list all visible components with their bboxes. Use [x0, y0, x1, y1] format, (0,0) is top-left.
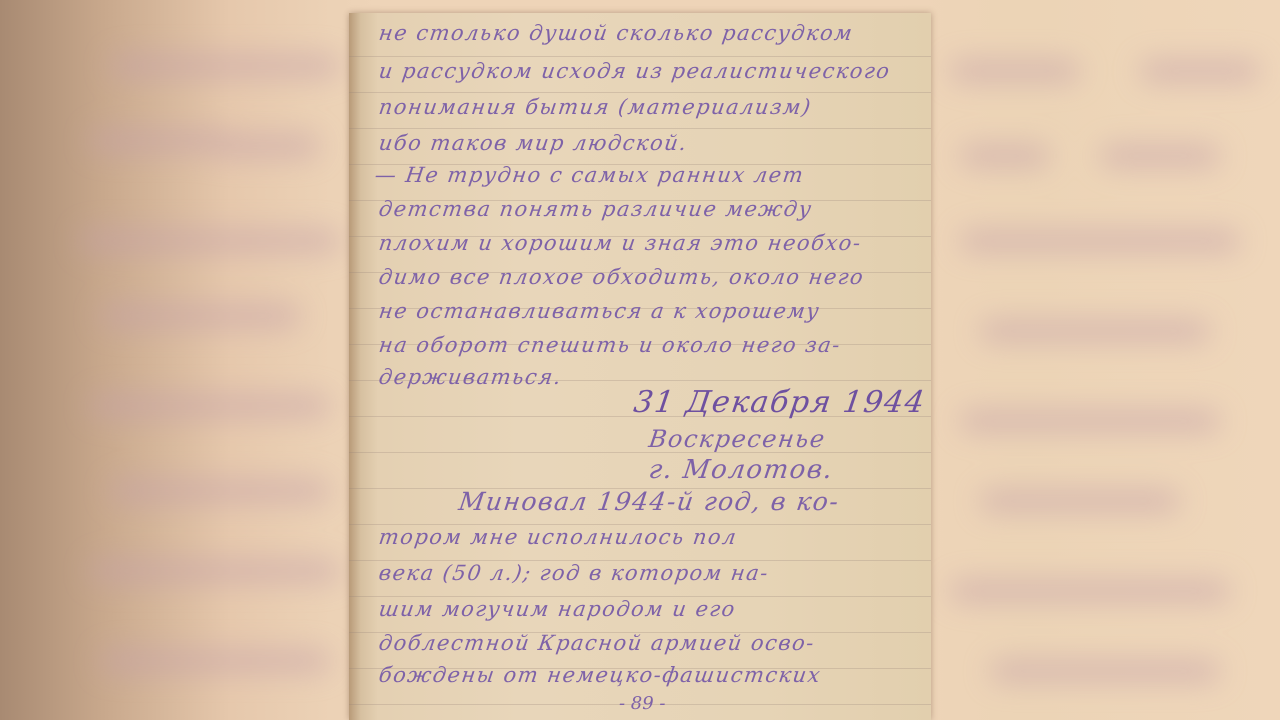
text-line: века (50 л.); год в котором на-: [377, 561, 770, 585]
text-line: не столько душой сколько рассудком: [377, 21, 855, 45]
text-line: детства понять различие между: [377, 197, 814, 221]
diary-page-photo: не столько душой сколько рассудком и рас…: [349, 13, 931, 720]
text-line: шим могучим народом и его: [377, 597, 737, 621]
text-line: плохим и хорошим и зная это необхо-: [377, 231, 863, 255]
text-line: Миновал 1944-й год, в ко-: [457, 487, 842, 516]
entry-weekday: Воскресенье: [647, 425, 828, 453]
text-line: доблестной Красной армией осво-: [377, 631, 816, 655]
text-line: и рассудком исходя из реалистического: [377, 59, 892, 83]
text-line: ибо таков мир людской.: [377, 131, 689, 155]
text-line: — Не трудно с самых ранних лет: [373, 163, 806, 187]
page-number: - 89 -: [619, 693, 666, 714]
text-line: бождены от немецко-фашистских: [377, 663, 823, 687]
entry-date: 31 Декабря 1944 г.: [632, 385, 931, 420]
text-line: на оборот спешить и около него за-: [377, 333, 842, 357]
text-line: димо все плохое обходить, около него: [377, 265, 866, 289]
text-line: тором мне исполнилось пол: [377, 525, 739, 549]
text-line: держиваться.: [377, 365, 563, 389]
text-line: не останавливаться а к хорошему: [377, 299, 821, 323]
entry-place: г. Молотов.: [647, 455, 836, 485]
text-line: понимания бытия (материализм): [377, 95, 813, 119]
